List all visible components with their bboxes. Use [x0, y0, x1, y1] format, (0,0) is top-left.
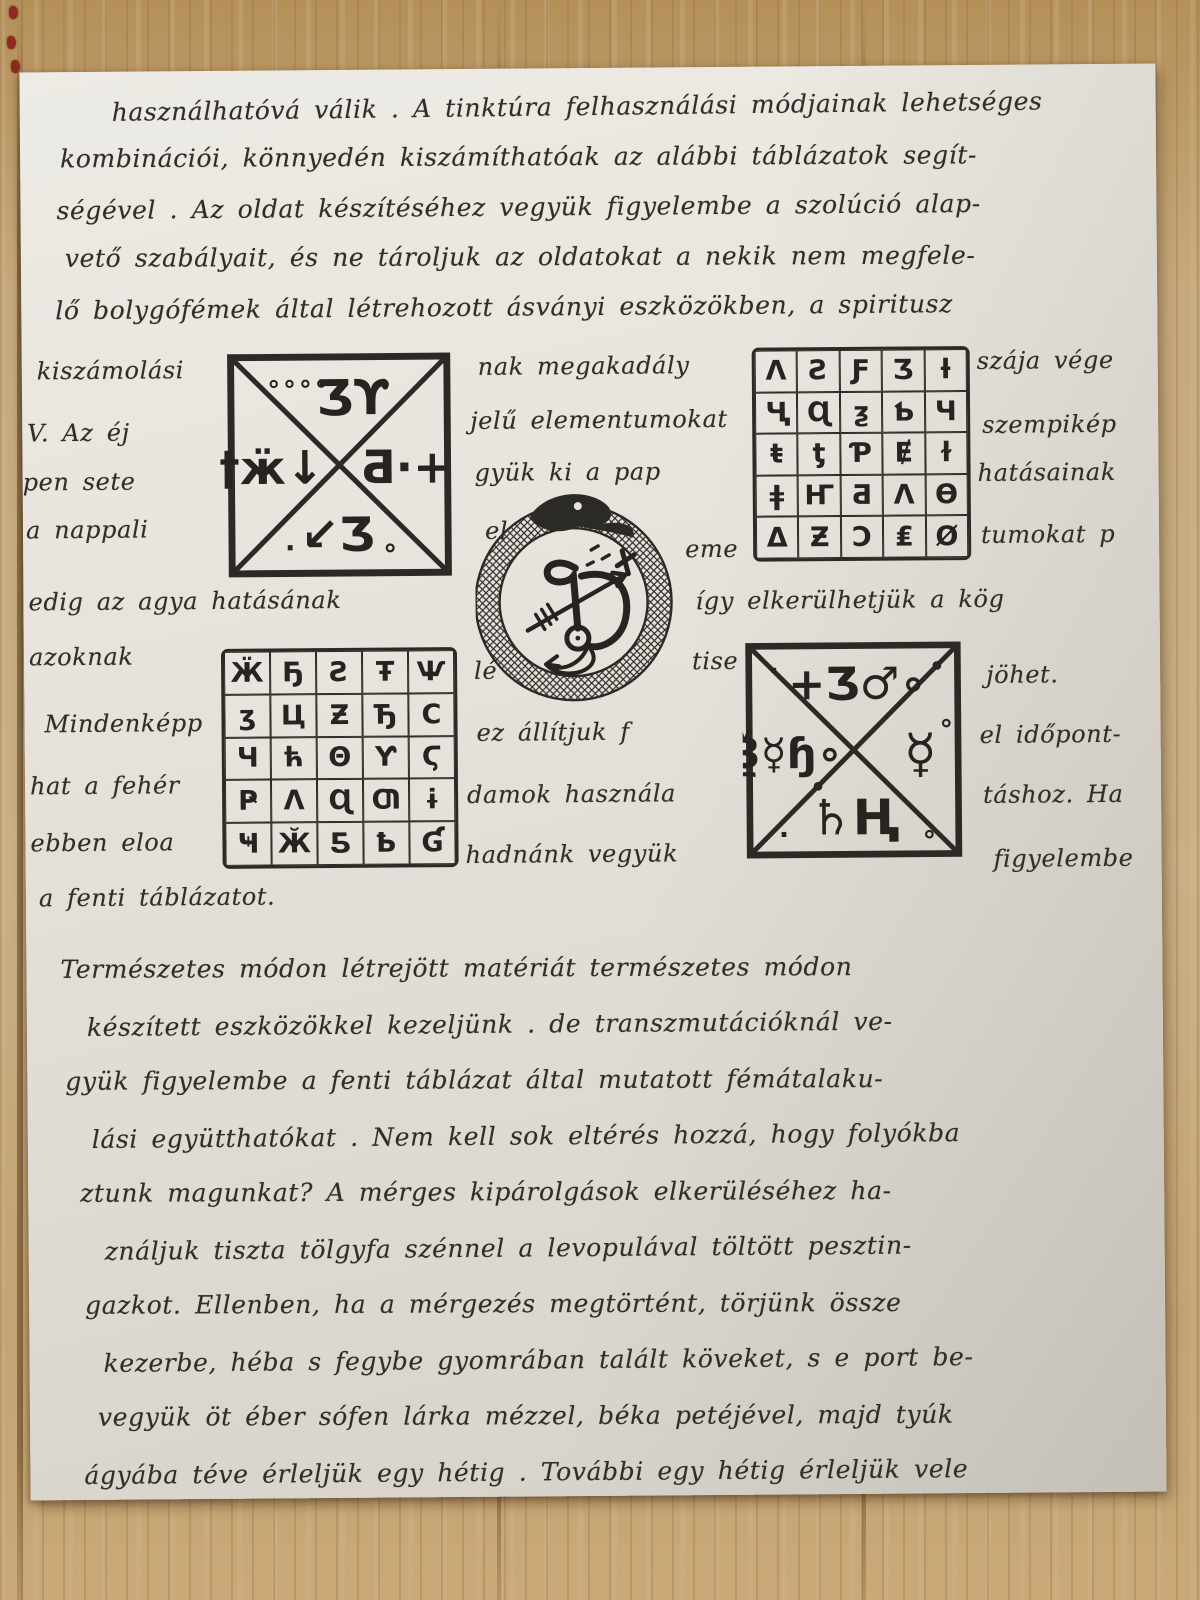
grid-cell-sigil: Λ: [755, 350, 798, 392]
grid-cell-sigil: Δ: [756, 517, 799, 559]
sigil-glyph: ↙Ӡ: [300, 507, 374, 562]
ouroboros-icon: [475, 479, 677, 706]
grid-cell-sigil: ɫ: [925, 432, 968, 474]
sigil-grid-upper-right: ΛƧƑƷƚҶɊƺƄЧŧƫƤɆɫǂҤƋΛƟΔƵƆ₤Ø: [752, 346, 972, 562]
sigil-dot: ∙: [769, 655, 779, 686]
grid-cell-sigil: Ч: [925, 391, 968, 433]
figure-fragment: hatásainak: [977, 458, 1116, 487]
saturn-sigil: [527, 546, 635, 674]
figure-fragment: nak megakadály: [478, 351, 690, 381]
handwriting-line: ztunk magunkat? A mérges kipárolgások el…: [62, 1162, 1134, 1222]
paragraph-bottom: Természetes módon létrejött matériát ter…: [60, 936, 1136, 1504]
grid-cell-sigil: ʒ: [224, 694, 270, 737]
grid-cell-sigil: ŧ: [755, 434, 798, 476]
figure-fragment: jelű elementumokat: [470, 405, 728, 435]
sigil-glyph: ☿: [904, 723, 937, 785]
grid-cell-sigil: Ƴ: [363, 736, 409, 779]
grid-cell-sigil: Ѱ: [408, 650, 454, 693]
grid-cell-sigil: Ƨ: [316, 651, 362, 694]
handwriting-line: gyük figyelembe a fenti táblázat által m…: [61, 1050, 1133, 1110]
grid-cell-sigil: Ƅ: [882, 391, 925, 433]
figure-fragment: damok használa: [467, 779, 676, 809]
grid-cell-sigil: Ɵ: [925, 474, 968, 516]
grid-cell-sigil: Ӂ: [271, 822, 317, 865]
sigil-dot: ∙: [285, 531, 296, 564]
grid-cell-sigil: Ƒ: [839, 350, 882, 392]
grid-cell-sigil: ƚ: [924, 349, 967, 391]
grid-cell-sigil: Λ: [271, 780, 317, 823]
sigil-glyph: +Ӡ♂∘: [788, 658, 927, 710]
red-speck: [9, 6, 18, 19]
sigil-dot: ∙: [779, 820, 789, 851]
figure-fragment: táshoz. Ha: [983, 780, 1124, 809]
manuscript-paper-sheet: használhatóvá válik . A tinktúra felhasz…: [19, 64, 1166, 1501]
handwriting-line: ágyába téve érleljük egy hétig . További…: [64, 1440, 1136, 1504]
handwriting-line: lő bolygófémek által létrehozott ásványi…: [55, 278, 1127, 336]
grid-cell-sigil: Ʒ: [882, 349, 925, 391]
sigil-dot: ∘: [921, 819, 938, 850]
grid-cell-sigil: Ƨ: [797, 350, 840, 392]
handwriting-line: ségével . Az oldat készítéséhez vegyük f…: [54, 178, 1126, 236]
grid-cell-sigil: Ђ: [362, 693, 408, 736]
handwriting-line: kezerbe, héba s fegybe gyomrában talált …: [63, 1328, 1135, 1392]
grid-cell-sigil: Ƽ: [317, 822, 363, 865]
grid-cell-sigil: Ɠ: [409, 821, 455, 864]
sigil-dot: ∘: [381, 531, 399, 564]
figure-fragment: a fenti táblázatot.: [39, 882, 276, 912]
grid-cell-sigil: Ɋ: [797, 392, 840, 434]
grid-cell-sigil: Ɇ: [882, 433, 925, 475]
figure-fragment: Mindenképp: [44, 709, 202, 738]
handwriting-line: használhatóvá válik . A tinktúra felhasz…: [53, 75, 1126, 138]
sigil-glyph: Ӡϒ: [316, 370, 392, 427]
grid-cell-sigil: Λ: [883, 474, 926, 516]
grid-cell-sigil: Ҏ: [225, 780, 271, 823]
sigil-glyph: Ƌ·+: [361, 440, 452, 495]
figure-fragment: szája vége: [977, 346, 1114, 375]
figure-fragment: hat a fehér: [30, 771, 180, 800]
grid-cell-sigil: ɨ: [409, 778, 455, 821]
grid-cell-sigil: Ҍ: [363, 822, 409, 865]
figure-fragment: jöhet.: [986, 660, 1059, 689]
grid-cell-sigil: C: [408, 693, 454, 736]
grid-cell-sigil: Ƌ: [840, 474, 883, 516]
grid-cell-sigil: Ҹ: [225, 823, 271, 866]
grid-cell-sigil: Ɔ: [841, 516, 884, 558]
grid-cell-sigil: ƫ: [798, 433, 841, 475]
handwriting-line: készített eszközökkel kezeljünk . de tra…: [61, 992, 1133, 1056]
figure-fragment: ebben eloa: [30, 828, 174, 857]
sigil-square-lower-right: +Ӡ♂∘ Ѯ☿ɧ∘ ☿ ♄Ң ∙ ∘ ∘ ∘ ∙ ∘: [742, 638, 966, 862]
figure-fragment: ez állítjuk f: [477, 718, 630, 747]
sigil-dot: ∘: [928, 650, 945, 681]
sigil-grid-lower-left: ӜҔƧŦѰʒЦƵЂCЧћΘƳϚҎΛɊƢɨҸӁƼҌƓ: [221, 647, 459, 869]
grid-cell-sigil: Θ: [317, 736, 363, 779]
figure-fragment: tumokat p: [981, 520, 1115, 549]
handwriting-line: ználjuk tiszta tölgyfa szénnel a levopul…: [62, 1216, 1134, 1280]
figure-fragment: eme: [685, 535, 738, 563]
snake-eye: [574, 502, 582, 510]
grid-cell-sigil: Ƶ: [316, 694, 362, 737]
grid-cell-sigil: Ɋ: [317, 779, 363, 822]
figure-fragment: így elkerülhetjük a kög: [695, 585, 1004, 615]
grid-cell-sigil: ƺ: [840, 391, 883, 433]
sigil-glyph: †ӝ↓: [220, 441, 325, 496]
figure-fragment: el időpont-: [980, 720, 1122, 749]
grid-cell-sigil: ₤: [883, 516, 926, 558]
grid-cell-sigil: Ƥ: [840, 433, 883, 475]
handwriting-line: gazkot. Ellenben, ha a mérgezés megtörté…: [63, 1274, 1135, 1334]
figure-fragment: pen sete: [23, 468, 136, 497]
figure-fragment: kiszámolási: [37, 356, 184, 385]
red-speck: [7, 36, 16, 49]
grid-cell-sigil: Ч: [225, 737, 271, 780]
grid-cell-sigil: Ŧ: [362, 650, 408, 693]
grid-cell-sigil: Ӝ: [224, 652, 270, 695]
grid-cell-sigil: Ҕ: [270, 651, 316, 694]
photo-of-manuscript: { "palette":{ "wood":"#c0a274","wood_dar…: [0, 0, 1200, 1600]
handwriting-line: Természetes módon létrejött matériát ter…: [60, 938, 1132, 998]
figure-fragment: a nappali: [26, 515, 149, 544]
grid-cell-sigil: Ц: [270, 694, 316, 737]
red-speck: [11, 60, 20, 73]
sigil-square-upper-left: ∘∘∘∘ Ӡϒ †ӝ↓ Ƌ·+ ↙Ӡ ∙ ∘: [220, 349, 460, 581]
grid-cell-sigil: Ϛ: [409, 736, 455, 779]
grid-cell-sigil: Ҥ: [798, 475, 841, 517]
figure-fragment: hadnánk vegyük: [465, 839, 678, 869]
handwriting-line: lási együtthatókat . Nem kell sok eltéré…: [62, 1104, 1134, 1168]
paragraph-top: használhatóvá válik . A tinktúra felhasz…: [54, 78, 1128, 336]
grid-cell-sigil: Ƣ: [363, 779, 409, 822]
grid-cell-sigil: Ҷ: [755, 392, 798, 434]
figure-fragment: szempikép: [982, 410, 1117, 439]
grid-cell-sigil: Ƶ: [798, 516, 841, 558]
grid-cell-sigil: ǂ: [756, 475, 799, 517]
figure-fragment: V. Az éj: [27, 419, 130, 448]
handwriting-line: kombinációi, könnyedén kiszámíthatóak az…: [54, 130, 1126, 185]
figure-fragment: figyelembe: [994, 844, 1134, 873]
sigil-glyph: Ѯ☿ɧ∘: [742, 728, 843, 779]
figure-fragment: edig az agya hatásának: [28, 586, 341, 616]
handwriting-line: vegyük öt éber sófen lárka mézzel, béka …: [64, 1386, 1136, 1446]
sigil-dot: ∘: [938, 707, 955, 738]
sigil-dot: ∘: [810, 771, 827, 802]
grid-cell-sigil: ћ: [271, 737, 317, 780]
grid-cell-sigil: Ø: [926, 515, 969, 557]
figure-fragment: tise: [692, 647, 738, 675]
handwriting-line: vető szabályait, és ne tároljuk az oldat…: [55, 230, 1127, 284]
figure-fragment: azoknak: [29, 643, 134, 672]
